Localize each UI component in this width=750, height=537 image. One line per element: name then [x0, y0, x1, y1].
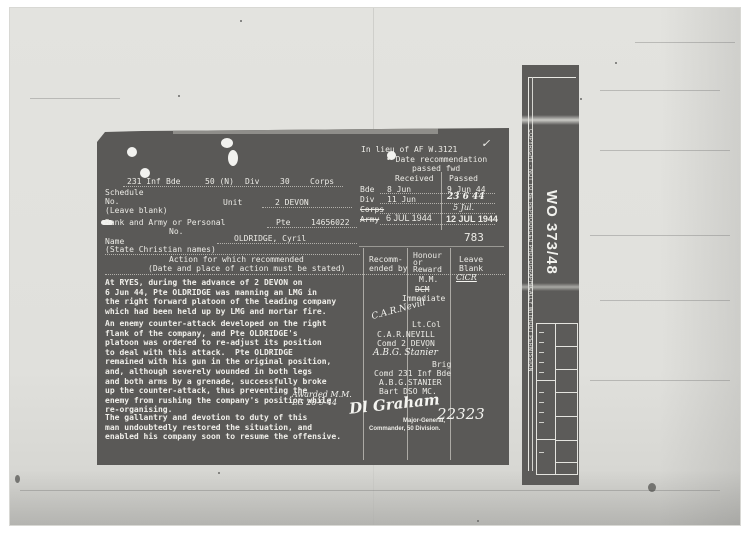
- brigade-value: 231 Inf: [127, 177, 161, 186]
- rank-value: Pte: [276, 218, 290, 227]
- rule: [359, 246, 504, 247]
- cicr-initials: CiCR: [456, 273, 477, 282]
- copy-streak: [635, 42, 735, 43]
- bde-label: Bde: [166, 177, 180, 186]
- div-label: Div: [245, 177, 259, 186]
- copy-streak: [600, 300, 730, 301]
- paper-damage: [221, 138, 233, 148]
- fill-line: [105, 274, 505, 275]
- received-header: Received: [395, 174, 434, 183]
- date-rec-label: • Date recommendation: [386, 155, 487, 164]
- signature-nevill: C.A.R.Nevill: [371, 299, 427, 322]
- stanier-role: Comd 231 Inf Bde: [374, 369, 451, 378]
- copy-shading: [660, 8, 740, 525]
- speck: [218, 472, 220, 474]
- punch-hole: [127, 147, 137, 157]
- column-divider: [441, 172, 442, 230]
- date-rec-label-2: passed fwd: [412, 164, 460, 173]
- fill-line: [380, 203, 495, 204]
- check-mark: ✓: [481, 139, 490, 148]
- copy-glare: [522, 115, 579, 125]
- rank-label: Rank and Army or Personal: [105, 218, 225, 227]
- action-heading: Action for which recommended: [169, 255, 304, 264]
- fill-line: [262, 207, 352, 208]
- nevill-role: Comd 2 DEVON: [377, 339, 435, 348]
- citation-paragraph-1: At RYES, during the advance of 2 DEVON o…: [105, 278, 365, 316]
- action-subheading: (Date and place of action must be stated…: [148, 264, 345, 273]
- strip-border: [528, 77, 576, 78]
- col-honour-reward: Honour or Reward: [413, 252, 442, 273]
- in-lieu-label: In lieu of AF W.3121: [361, 145, 457, 154]
- stanier-rank: Brig: [432, 360, 451, 369]
- copy-blot: [15, 475, 20, 483]
- leave-blank-label: (Leave blank): [105, 206, 168, 215]
- speck: [240, 20, 242, 22]
- army-number: 14656022: [311, 218, 350, 227]
- awarded-annotation: Awarded M.M. LG 28-9-44: [292, 391, 352, 407]
- fill-line: [267, 227, 357, 228]
- copy-streak: [20, 490, 720, 491]
- speck: [615, 62, 617, 64]
- division-value: 50 (N): [205, 177, 234, 186]
- rank-no-label: No.: [169, 227, 183, 236]
- corps-label: Corps: [310, 177, 334, 186]
- name-sublabel: (State Christian names): [105, 245, 216, 254]
- routing-army-received-stamp: 6 JUL 1944: [386, 214, 432, 223]
- unit-value: 2 DEVON: [275, 198, 309, 207]
- copy-streak: [600, 150, 730, 151]
- serial-number: 783: [464, 232, 484, 244]
- archive-reference: WO 373/48: [543, 190, 560, 275]
- nevill-name: C.A.R.NEVILL: [377, 330, 435, 339]
- routing-div-label: Div: [360, 195, 374, 204]
- strip-grid: [536, 323, 578, 475]
- fill-line: [380, 224, 495, 225]
- copy-streak: [600, 90, 720, 91]
- col-recommended-by: Recomm- ended by: [369, 255, 408, 273]
- handwritten-number: 22323: [437, 410, 485, 419]
- copyright-notice: COPYRIGHT - NOT TO BE REPRODUCED PHOTOGR…: [527, 129, 533, 372]
- column-divider: [450, 248, 451, 460]
- routing-div-passed: 23 6 44: [447, 193, 485, 202]
- signature-stanier: A.B.G. Stanier: [373, 349, 438, 358]
- honour-struck: DCM: [415, 285, 429, 294]
- speck: [580, 98, 582, 100]
- speck: [178, 95, 180, 97]
- fill-line: [217, 243, 357, 244]
- routing-army-passed-stamp: 12 JUL 1944: [446, 215, 498, 224]
- honour-awarded: M.M.: [419, 275, 438, 284]
- copy-shading-bottom: [10, 470, 740, 525]
- citation-paragraph-3: The gallantry and devotion to duty of th…: [105, 413, 365, 442]
- schedule-label: Schedule: [105, 188, 144, 197]
- speck: [477, 520, 479, 522]
- name-value: OLDRIDGE, Cyril: [234, 234, 306, 243]
- copy-streak: [30, 98, 120, 99]
- passed-header: Passed: [449, 174, 478, 183]
- unit-label: Unit: [223, 198, 242, 207]
- col-leave-blank: Leave Blank: [459, 255, 483, 273]
- copy-streak: [590, 380, 730, 381]
- copy-blot: [648, 483, 656, 492]
- recommendation-form: In lieu of AF W.3121 ✓ • Date recommenda…: [97, 128, 509, 465]
- corps-value: 30: [280, 177, 290, 186]
- paper-damage: [228, 150, 238, 166]
- archive-reference-strip: COPYRIGHT - NOT TO BE REPRODUCED PHOTOGR…: [522, 65, 579, 485]
- routing-bde-label: Bde: [360, 185, 374, 194]
- routing-corps-passed: 5 Jul.: [453, 203, 474, 212]
- fill-line: [123, 186, 343, 187]
- goc-role: Commander, 50 Division.: [369, 425, 440, 434]
- schedule-no-label: No.: [105, 197, 119, 206]
- nevill-rank: Lt.Col: [412, 320, 441, 329]
- copy-streak: [590, 235, 730, 236]
- stanier-name: A.B.G.STANIER: [379, 378, 442, 387]
- routing-army-label: Army: [360, 215, 379, 224]
